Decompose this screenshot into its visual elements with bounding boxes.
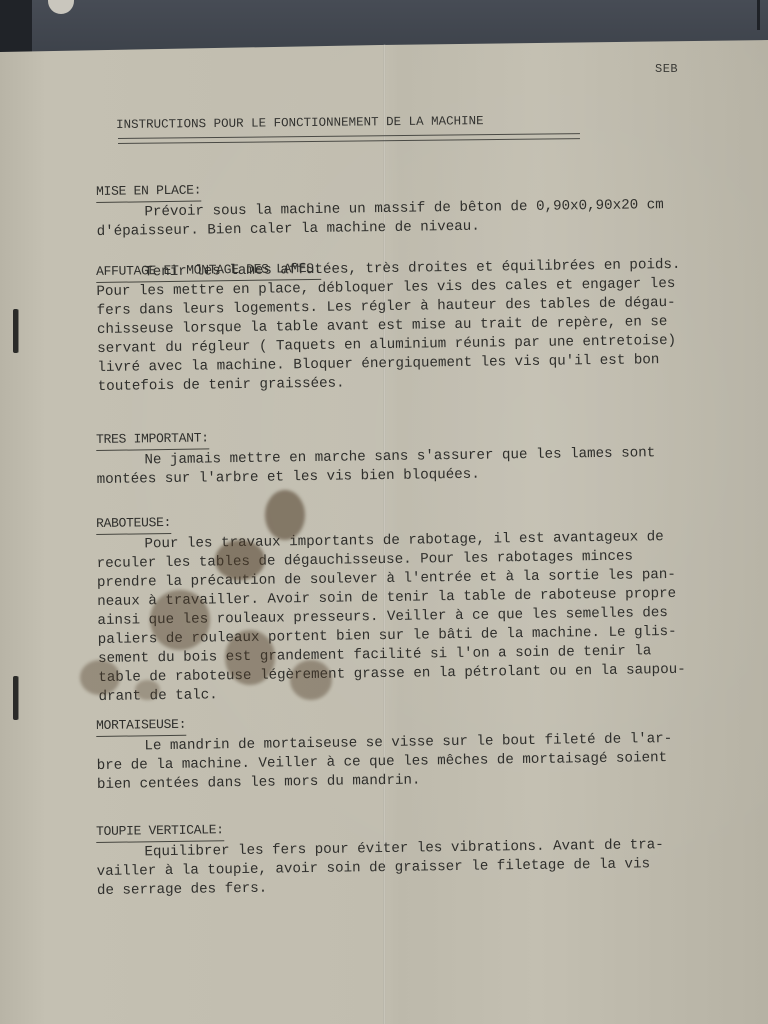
section-mortaiseuse: MORTAISEUSE: Le mandrin de mortaiseuse s… (96, 707, 761, 795)
staple-top (13, 309, 18, 353)
section-heading: MISE EN PLACE: (96, 181, 201, 203)
staple-bottom (13, 676, 18, 720)
stain (150, 590, 210, 650)
stain (225, 630, 275, 685)
round-object (48, 0, 74, 14)
section-heading: RABOTEUSE: (96, 513, 171, 535)
dark-object (0, 0, 32, 52)
section-toupie-verticale: TOUPIE VERTICALE: Equilibrer les fers po… (96, 813, 761, 901)
section-heading: TOUPIE VERTICALE: (96, 820, 224, 843)
section-tres-important: TRES IMPORTANT: Ne jamais mettre en marc… (96, 421, 761, 490)
stain (135, 680, 160, 700)
stain (215, 540, 265, 580)
section-mise-en-place: MISE EN PLACE: Prévoir sous la machine u… (96, 173, 761, 242)
section-heading: MORTAISEUSE: (96, 715, 186, 737)
edge-object (757, 0, 760, 30)
stain (80, 660, 120, 695)
stain (265, 490, 305, 540)
section-affutage: AFFUTAGE ET MONTAGE DES LAMES: Tenir les… (96, 253, 762, 397)
reference-mark: SEB (655, 62, 678, 76)
section-heading: TRES IMPORTANT: (96, 428, 209, 451)
stain (290, 660, 332, 700)
